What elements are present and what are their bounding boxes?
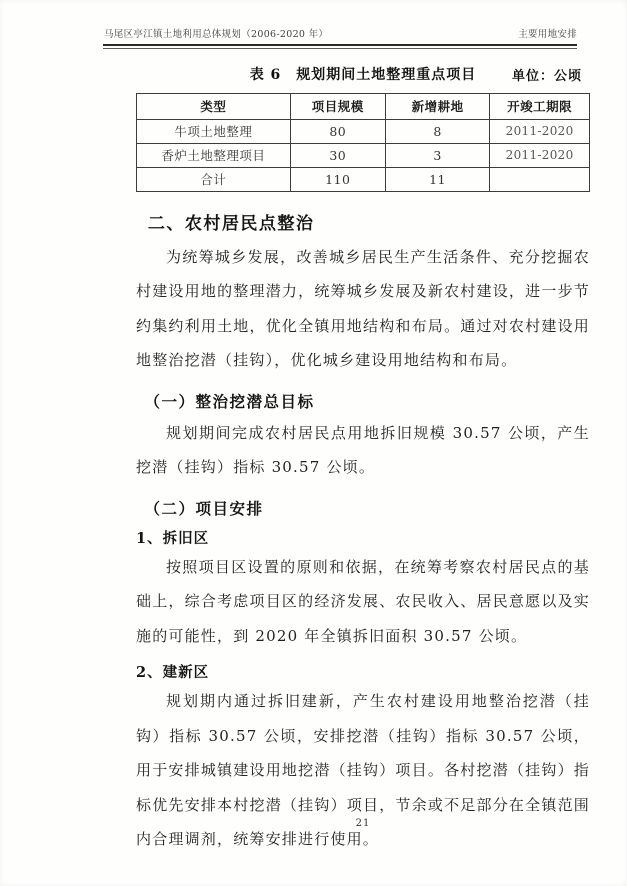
subheading-new-zone: 2、建新区 <box>136 661 590 682</box>
paragraph-new-zone: 规划期内通过拆旧建新，产生农村建设用地整治挖潜（挂钩）指标 30.57 公顷，安… <box>136 684 590 857</box>
paragraph-goal: 规划期间完成农村居民点用地拆旧规模 30.57 公顷，产生挖潜（挂钩）指标 30… <box>136 416 590 485</box>
paragraph-intro: 为统筹城乡发展，改善城乡居民生产生活条件、充分挖掘农村建设用地的整理潜力，统筹城… <box>136 240 590 378</box>
cell-period: 2011-2020 <box>490 119 590 143</box>
cell-period: 2011-2020 <box>490 143 590 167</box>
cell-type: 合计 <box>137 167 291 191</box>
header-right-section: 主要用地安排 <box>518 26 577 40</box>
col-header-new-farmland: 新增耕地 <box>385 93 489 119</box>
header-rule-thick <box>103 44 577 46</box>
col-header-scale: 项目规模 <box>290 93 385 119</box>
cell-type: 香炉土地整理项目 <box>137 143 291 167</box>
cell-scale: 80 <box>290 119 385 143</box>
running-header: 马尾区亭江镇土地利用总体规划（2006-2020 年） 主要用地安排 <box>104 26 577 44</box>
subsection-heading-project-arrangement: （二）项目安排 <box>136 497 590 519</box>
cell-new-farmland: 8 <box>385 119 489 143</box>
cell-scale: 110 <box>290 167 385 191</box>
col-header-type: 类型 <box>137 93 291 119</box>
cell-type: 牛项土地整理 <box>137 119 291 143</box>
table-row: 牛项土地整理 80 8 2011-2020 <box>137 119 590 143</box>
header-left-title: 马尾区亭江镇土地利用总体规划（2006-2020 年） <box>104 26 328 40</box>
cell-period <box>490 167 590 191</box>
table-unit-label: 单位：公顷 <box>512 65 582 84</box>
paragraph-demolish-zone: 按照项目区设置的原则和依据，在统筹考察农村居民点的基础上，综合考虑项目区的经济发… <box>136 550 590 654</box>
header-rule-thin <box>103 48 577 49</box>
subheading-demolish-zone: 1、拆旧区 <box>136 527 590 548</box>
document-page: 马尾区亭江镇土地利用总体规划（2006-2020 年） 主要用地安排 表 6 规… <box>0 0 627 886</box>
cell-new-farmland: 11 <box>385 167 489 191</box>
table-row-total: 合计 110 11 <box>137 167 590 191</box>
cell-new-farmland: 3 <box>385 143 489 167</box>
table-row: 香炉土地整理项目 30 3 2011-2020 <box>137 143 590 167</box>
cell-scale: 30 <box>290 143 385 167</box>
subsection-heading-goal: （一）整治挖潜总目标 <box>136 390 590 412</box>
col-header-period: 开竣工期限 <box>490 93 590 119</box>
section-heading-rural-settlements: 二、农村居民点整治 <box>136 209 590 234</box>
header-rule <box>103 44 577 49</box>
document-body: 二、农村居民点整治 为统筹城乡发展，改善城乡居民生产生活条件、充分挖掘农村建设用… <box>136 209 590 857</box>
page-number: 21 <box>136 818 590 829</box>
land-consolidation-table: 类型 项目规模 新增耕地 开竣工期限 牛项土地整理 80 8 2011-2020… <box>136 93 590 192</box>
table-caption-row: 表 6 规划期间土地整理重点项目 单位：公顷 <box>136 64 590 84</box>
table-caption: 表 6 规划期间土地整理重点项目 <box>250 67 477 83</box>
table-header-row: 类型 项目规模 新增耕地 开竣工期限 <box>137 93 590 119</box>
